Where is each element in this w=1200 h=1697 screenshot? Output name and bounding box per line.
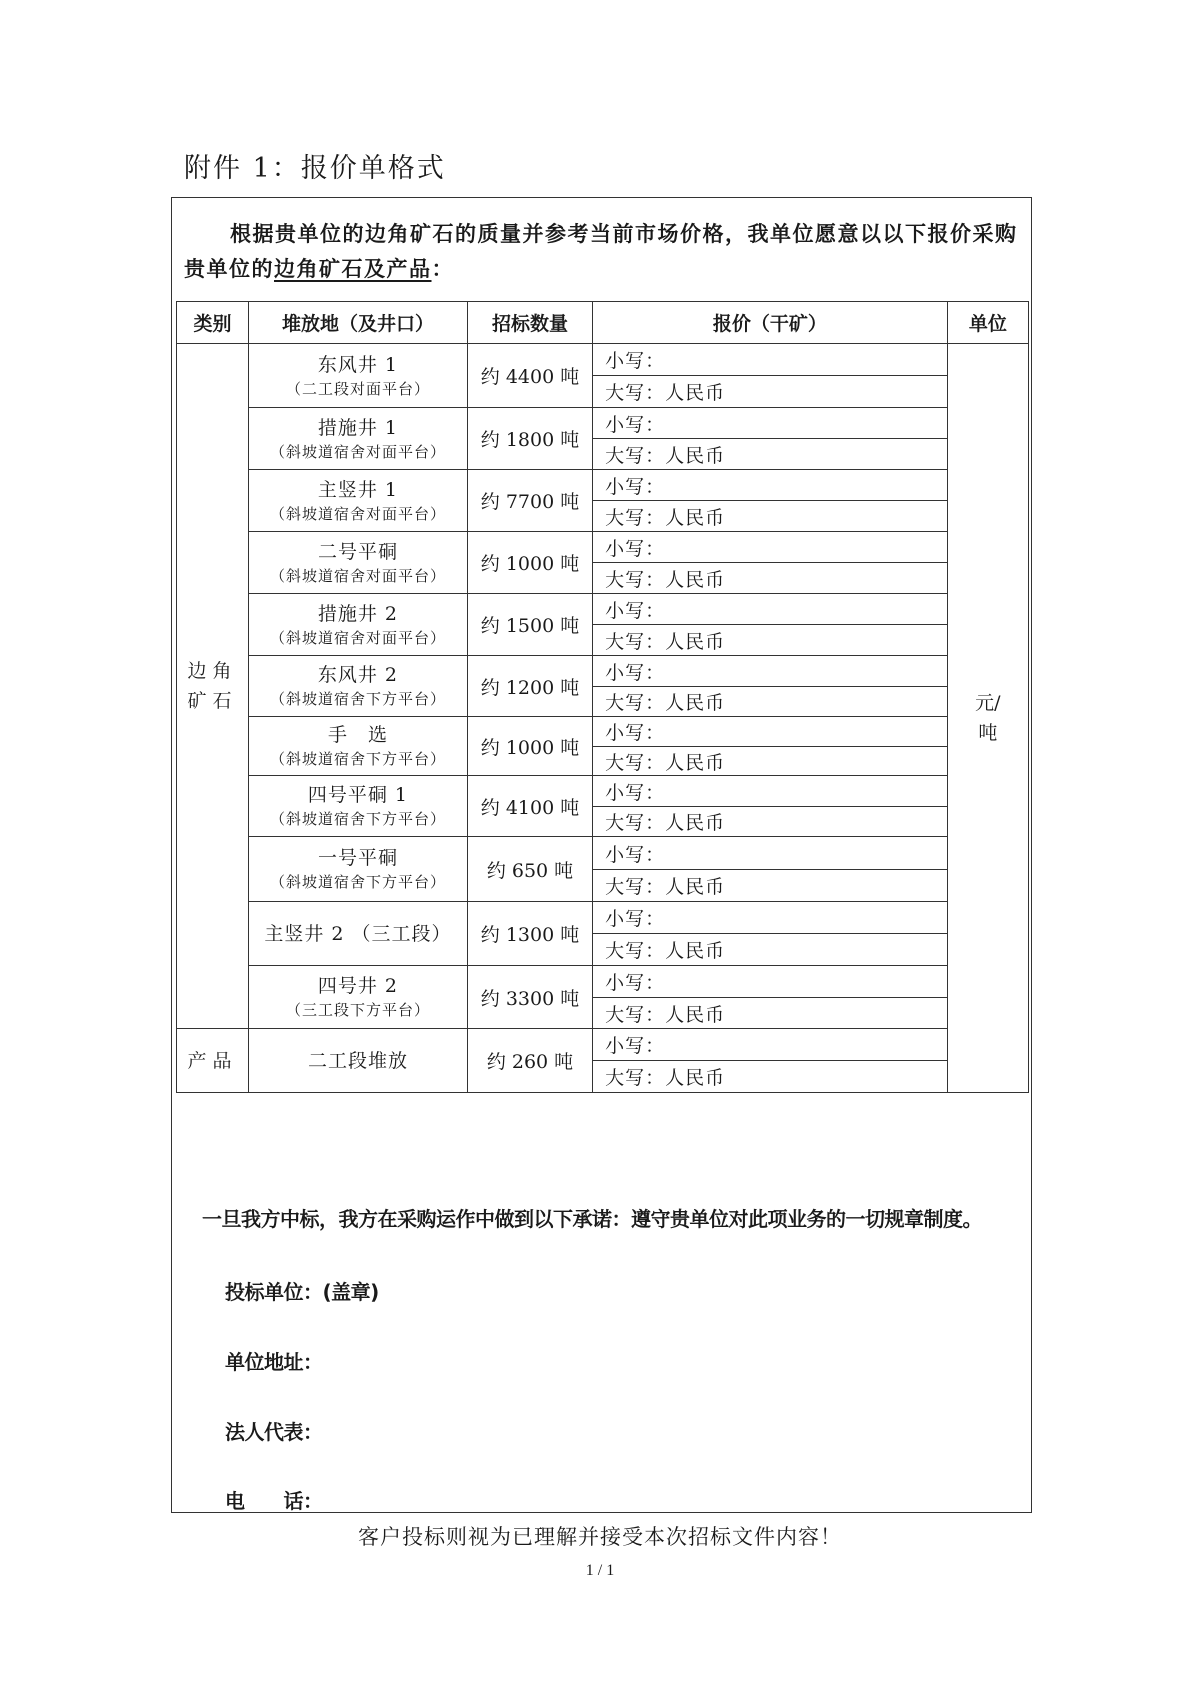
location-cell: 东风井 1 （二工段对面平台） <box>248 344 467 408</box>
location-cell: 二工段堆放 <box>248 1029 467 1093</box>
price-uppercase-label: 大写：人民币 <box>605 569 725 591</box>
pledge-text: 一旦我方中标，我方在采购运作中做到以下承诺：遵守贵单位对此项业务的一切规章制度。 <box>202 1203 982 1232</box>
footer-notice: 客户投标则视为已理解并接受本次招标文件内容！ <box>0 1521 1200 1551</box>
table-row: 二号平硐 （斜坡道宿舍对面平台） 约 1000 吨小写： <box>177 532 1029 563</box>
price-lowercase-field[interactable]: 小写： <box>593 717 948 747</box>
table-row: 东风井 2 （斜坡道宿舍下方平台） 约 1200 吨小写： <box>177 656 1029 687</box>
price-uppercase-field[interactable]: 大写：人民币 <box>593 807 948 837</box>
quantity-cell: 约 4100 吨 <box>467 776 592 837</box>
quantity-cell: 约 1000 吨 <box>467 532 592 594</box>
price-lowercase-label: 小写： <box>605 476 665 498</box>
price-uppercase-label: 大写：人民币 <box>605 445 725 467</box>
intro-paragraph: 根据贵单位的边角矿石的质量并参考当前市场价格，我单位愿意以以下报价采购贵单位的边… <box>184 216 1024 286</box>
location-cell: 二号平硐 （斜坡道宿舍对面平台） <box>248 532 467 594</box>
table-row: 主竖井 2 （三工段） 约 1300 吨小写： <box>177 902 1029 934</box>
header-unit: 单位 <box>947 302 1028 344</box>
price-lowercase-field[interactable]: 小写： <box>593 656 948 687</box>
price-lowercase-field[interactable]: 小写： <box>593 470 948 501</box>
price-uppercase-field[interactable]: 大写：人民币 <box>593 376 948 408</box>
intro-colon: ： <box>432 256 455 281</box>
quantity-cell: 约 1000 吨 <box>467 717 592 776</box>
quantity-cell: 约 650 吨 <box>467 837 592 902</box>
table-row: 边角矿石 东风井 1 （二工段对面平台） 约 4400 吨小写：元/吨 <box>177 344 1029 376</box>
unit-label: 元/吨 <box>975 692 1000 744</box>
header-category: 类别 <box>177 302 249 344</box>
price-lowercase-field[interactable]: 小写： <box>593 837 948 870</box>
price-uppercase-label: 大写：人民币 <box>605 812 725 834</box>
price-lowercase-field[interactable]: 小写： <box>593 966 948 998</box>
location-name: 手 选 <box>249 722 467 748</box>
quote-form-frame: 根据贵单位的边角矿石的质量并参考当前市场价格，我单位愿意以以下报价采购贵单位的边… <box>171 197 1032 1513</box>
phone-label: 电 话： <box>225 1489 323 1513</box>
price-uppercase-field[interactable]: 大写：人民币 <box>593 439 948 470</box>
table-row: 主竖井 1 （斜坡道宿舍对面平台） 约 7700 吨小写： <box>177 470 1029 501</box>
price-uppercase-label: 大写：人民币 <box>605 631 725 653</box>
quantity-cell: 约 1500 吨 <box>467 594 592 656</box>
location-name: 一号平硐 <box>249 845 467 871</box>
unit-cell: 元/吨 <box>947 344 1028 1093</box>
location-name: 措施井 2 <box>249 601 467 627</box>
bidder-field[interactable]: 投标单位：(盖章) <box>225 1276 379 1305</box>
price-lowercase-field[interactable]: 小写： <box>593 902 948 934</box>
quantity-cell: 约 7700 吨 <box>467 470 592 532</box>
quantity-cell: 约 260 吨 <box>467 1029 592 1093</box>
location-detail: （斜坡道宿舍对面平台） <box>249 627 467 649</box>
price-uppercase-label: 大写：人民币 <box>605 382 725 404</box>
page-number: 1 / 1 <box>0 1562 1200 1580</box>
price-lowercase-label: 小写： <box>605 1035 665 1057</box>
quantity-cell: 约 3300 吨 <box>467 966 592 1029</box>
legal-rep-field[interactable]: 法人代表： <box>225 1416 323 1445</box>
address-field[interactable]: 单位地址： <box>225 1346 323 1375</box>
location-detail: （斜坡道宿舍下方平台） <box>249 871 467 893</box>
location-name: 二号平硐 <box>249 539 467 565</box>
price-uppercase-label: 大写：人民币 <box>605 876 725 898</box>
location-detail: （二工段对面平台） <box>249 378 467 400</box>
price-lowercase-label: 小写： <box>605 844 665 866</box>
location-name: 措施井 1 <box>249 415 467 441</box>
price-lowercase-field[interactable]: 小写： <box>593 776 948 807</box>
price-uppercase-label: 大写：人民币 <box>605 940 725 962</box>
price-uppercase-field[interactable]: 大写：人民币 <box>593 934 948 966</box>
location-detail: （斜坡道宿舍对面平台） <box>249 565 467 587</box>
price-lowercase-label: 小写： <box>605 782 665 804</box>
price-lowercase-label: 小写： <box>605 972 665 994</box>
page-heading: 附件 1：报价单格式 <box>184 146 446 185</box>
location-name: 主竖井 1 <box>249 477 467 503</box>
location-name: 四号井 2 <box>249 973 467 999</box>
location-cell: 措施井 1 （斜坡道宿舍对面平台） <box>248 408 467 470</box>
price-uppercase-label: 大写：人民币 <box>605 1004 725 1026</box>
price-uppercase-field[interactable]: 大写：人民币 <box>593 625 948 656</box>
price-uppercase-field[interactable]: 大写：人民币 <box>593 687 948 717</box>
location-name: 主竖井 2 （三工段） <box>249 921 467 947</box>
header-quantity: 招标数量 <box>467 302 592 344</box>
location-cell: 四号井 2 （三工段下方平台） <box>248 966 467 1029</box>
location-cell: 主竖井 1 （斜坡道宿舍对面平台） <box>248 470 467 532</box>
table-header-row: 类别 堆放地（及井口） 招标数量 报价（干矿） 单位 <box>177 302 1029 344</box>
quantity-cell: 约 1200 吨 <box>467 656 592 717</box>
price-uppercase-field[interactable]: 大写：人民币 <box>593 998 948 1029</box>
location-detail: （斜坡道宿舍对面平台） <box>249 441 467 463</box>
location-name: 东风井 1 <box>249 352 467 378</box>
header-price: 报价（干矿） <box>593 302 948 344</box>
header-location: 堆放地（及井口） <box>248 302 467 344</box>
location-cell: 主竖井 2 （三工段） <box>248 902 467 966</box>
phone-field[interactable]: 电 话： <box>225 1485 323 1514</box>
table-row: 措施井 2 （斜坡道宿舍对面平台） 约 1500 吨小写： <box>177 594 1029 625</box>
price-lowercase-label: 小写： <box>605 600 665 622</box>
location-name: 东风井 2 <box>249 662 467 688</box>
location-name: 四号平硐 1 <box>249 782 467 808</box>
price-lowercase-field[interactable]: 小写： <box>593 408 948 439</box>
location-cell: 四号平硐 1 （斜坡道宿舍下方平台） <box>248 776 467 837</box>
price-lowercase-label: 小写： <box>605 414 665 436</box>
quantity-cell: 约 4400 吨 <box>467 344 592 408</box>
price-lowercase-label: 小写： <box>605 908 665 930</box>
bidder-label: 投标单位：(盖章) <box>225 1280 379 1304</box>
price-uppercase-field[interactable]: 大写：人民币 <box>593 563 948 594</box>
price-lowercase-field[interactable]: 小写： <box>593 1029 948 1061</box>
table-row: 产品 二工段堆放 约 260 吨小写： <box>177 1029 1029 1061</box>
price-uppercase-label: 大写：人民币 <box>605 507 725 529</box>
price-lowercase-field[interactable]: 小写： <box>593 532 948 563</box>
category-label: 边角矿石 <box>187 660 237 712</box>
price-lowercase-label: 小写： <box>605 722 665 744</box>
price-uppercase-field[interactable]: 大写：人民币 <box>593 1061 948 1093</box>
legal-rep-label: 法人代表： <box>225 1420 323 1444</box>
price-lowercase-field[interactable]: 小写： <box>593 344 948 376</box>
table-row: 措施井 1 （斜坡道宿舍对面平台） 约 1800 吨小写： <box>177 408 1029 439</box>
location-detail: （三工段下方平台） <box>249 999 467 1021</box>
location-cell: 措施井 2 （斜坡道宿舍对面平台） <box>248 594 467 656</box>
category-label: 产品 <box>187 1050 237 1072</box>
quantity-cell: 约 1300 吨 <box>467 902 592 966</box>
price-uppercase-label: 大写：人民币 <box>605 692 725 714</box>
price-lowercase-label: 小写： <box>605 662 665 684</box>
quantity-cell: 约 1800 吨 <box>467 408 592 470</box>
table-row: 手 选 （斜坡道宿舍下方平台） 约 1000 吨小写： <box>177 717 1029 747</box>
location-detail: （斜坡道宿舍下方平台） <box>249 808 467 830</box>
price-lowercase-label: 小写： <box>605 350 665 372</box>
location-detail: （斜坡道宿舍下方平台） <box>249 688 467 710</box>
quote-table: 类别 堆放地（及井口） 招标数量 报价（干矿） 单位 边角矿石 东风井 1 （二… <box>176 301 1029 1093</box>
table-row: 四号井 2 （三工段下方平台） 约 3300 吨小写： <box>177 966 1029 998</box>
price-uppercase-label: 大写：人民币 <box>605 752 725 774</box>
location-detail: （斜坡道宿舍对面平台） <box>249 503 467 525</box>
price-uppercase-field[interactable]: 大写：人民币 <box>593 747 948 776</box>
table-row: 一号平硐 （斜坡道宿舍下方平台） 约 650 吨小写： <box>177 837 1029 870</box>
price-uppercase-field[interactable]: 大写：人民币 <box>593 501 948 532</box>
location-cell: 手 选 （斜坡道宿舍下方平台） <box>248 717 467 776</box>
address-label: 单位地址： <box>225 1350 323 1374</box>
category-cell: 产品 <box>177 1029 249 1093</box>
price-lowercase-field[interactable]: 小写： <box>593 594 948 625</box>
location-detail: （斜坡道宿舍下方平台） <box>249 748 467 770</box>
location-name: 二工段堆放 <box>249 1048 467 1074</box>
location-cell: 一号平硐 （斜坡道宿舍下方平台） <box>248 837 467 902</box>
category-cell: 边角矿石 <box>177 344 249 1029</box>
table-row: 四号平硐 1 （斜坡道宿舍下方平台） 约 4100 吨小写： <box>177 776 1029 807</box>
location-cell: 东风井 2 （斜坡道宿舍下方平台） <box>248 656 467 717</box>
table-body: 边角矿石 东风井 1 （二工段对面平台） 约 4400 吨小写：元/吨大写：人民… <box>177 344 1029 1093</box>
price-uppercase-label: 大写：人民币 <box>605 1067 725 1089</box>
intro-underlined: 边角矿石及产品 <box>274 256 432 281</box>
price-uppercase-field[interactable]: 大写：人民币 <box>593 870 948 902</box>
price-lowercase-label: 小写： <box>605 538 665 560</box>
